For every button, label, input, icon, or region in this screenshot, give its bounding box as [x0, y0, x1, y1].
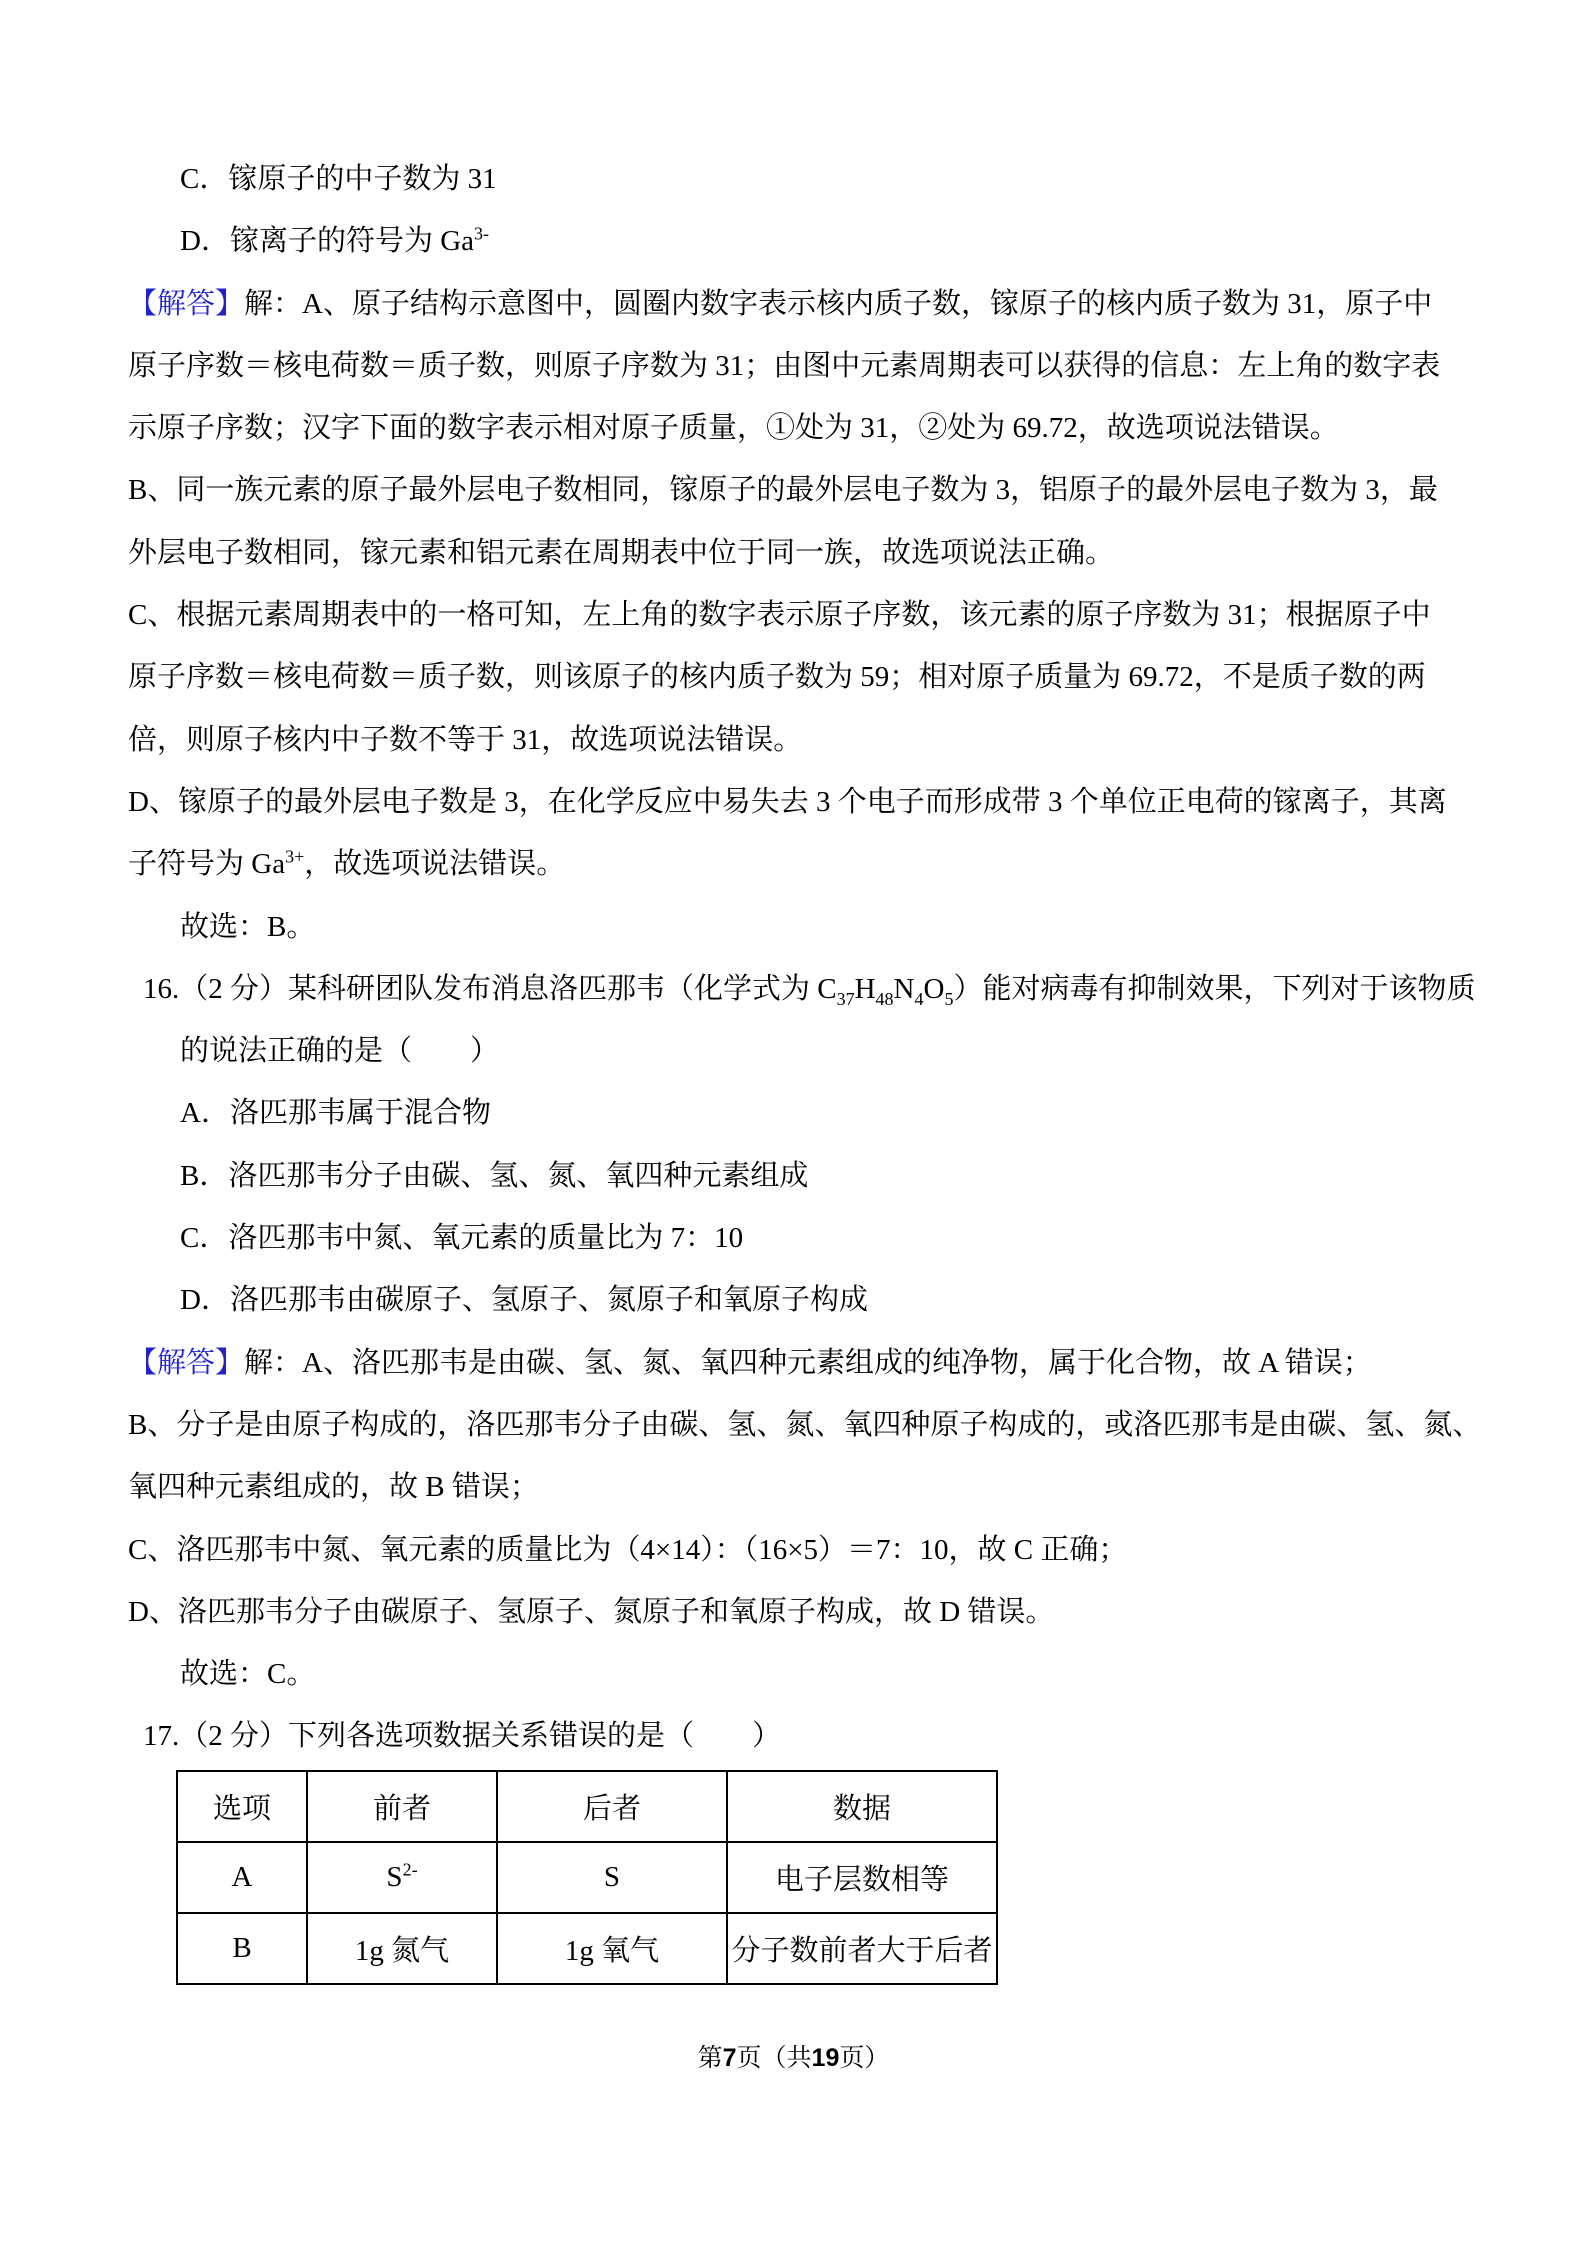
- q17-row-a-former: S2-: [307, 1842, 497, 1913]
- answer-label: 【解答】: [128, 1347, 244, 1379]
- subscript: 4: [915, 989, 924, 1009]
- q15-conclusion: 故选：B。: [128, 896, 1468, 958]
- q17-row-b-former: 1g 氮气: [307, 1913, 497, 1984]
- q16-option-d: D．洛匹那韦由碳原子、氢原子、氮原子和氧原子构成: [128, 1269, 1468, 1331]
- q15-answer-line-b1: B、同一族元素的原子最外层电子数相同，镓原子的最外层电子数为 3，铝原子的最外层…: [128, 459, 1468, 521]
- bold-text: 19: [812, 2044, 840, 2072]
- subscript: 5: [944, 989, 953, 1009]
- q15-answer-line-d1: D、镓原子的最外层电子数是 3，在化学反应中易失去 3 个电子而形成带 3 个单…: [128, 771, 1468, 833]
- q17-row-a-option: A: [177, 1842, 307, 1913]
- q16-option-c: C．洛匹那韦中氮、氧元素的质量比为 7：10: [128, 1207, 1468, 1269]
- q16-answer-line-c1: C、洛匹那韦中氮、氧元素的质量比为（4×14）：（16×5）＝7：10，故 C …: [128, 1519, 1468, 1581]
- subscript: 48: [876, 989, 894, 1009]
- q16-answer-line-a1: 【解答】解：A、洛匹那韦是由碳、氢、氮、氧四种元素组成的纯净物，属于化合物，故 …: [128, 1332, 1468, 1394]
- q16-stem-line-2: 的说法正确的是（ ）: [128, 1020, 1468, 1082]
- q17-table-header-data: 数据: [727, 1771, 997, 1842]
- q16-stem-line-1: 16.（2 分）某科研团队发布消息洛匹那韦（化学式为 C37H48N4O5）能对…: [128, 958, 1468, 1020]
- q15-answer-line-a1: 【解答】解：A、原子结构示意图中，圆圈内数字表示核内质子数，镓原子的核内质子数为…: [128, 273, 1468, 335]
- q15-answer-line-c2: 原子序数＝核电荷数＝质子数，则该原子的核内质子数为 59；相对原子质量为 69.…: [128, 646, 1468, 708]
- answer-label: 【解答】: [128, 288, 244, 320]
- q16-option-a: A．洛匹那韦属于混合物: [128, 1082, 1468, 1144]
- q16-option-b: B．洛匹那韦分子由碳、氢、氮、氧四种元素组成: [128, 1145, 1468, 1207]
- q17-row-a-data: 电子层数相等: [727, 1842, 997, 1913]
- q17-table-header-row: 选项 前者 后者 数据: [177, 1771, 997, 1842]
- q17-table-header-latter: 后者: [497, 1771, 727, 1842]
- q17-row-b-latter: 1g 氧气: [497, 1913, 727, 1984]
- q17-table-header-former: 前者: [307, 1771, 497, 1842]
- q17-stem: 17.（2 分）下列各选项数据关系错误的是（ ）: [128, 1705, 1468, 1767]
- q15-option-c: C．镓原子的中子数为 31: [128, 148, 1468, 210]
- superscript: 3+: [285, 847, 304, 867]
- q16-answer-line-b1: B、分子是由原子构成的，洛匹那韦分子由碳、氢、氮、氧四种原子构成的，或洛匹那韦是…: [128, 1394, 1468, 1456]
- q16-answer-line-b2: 氧四种元素组成的，故 B 错误；: [128, 1456, 1468, 1518]
- q15-answer-line-b2: 外层电子数相同，镓元素和铝元素在周期表中位于同一族，故选项说法正确。: [128, 522, 1468, 584]
- q15-answer-line-c1: C、根据元素周期表中的一格可知，左上角的数字表示原子序数，该元素的原子序数为 3…: [128, 584, 1468, 646]
- q16-answer-line-d1: D、洛匹那韦分子由碳原子、氢原子、氮原子和氧原子构成，故 D 错误。: [128, 1581, 1468, 1643]
- q17-table: 选项 前者 后者 数据 A S2- S 电子层数相等 B 1g 氮气 1g 氧气…: [176, 1770, 998, 1985]
- q17-row-a-latter: S: [497, 1842, 727, 1913]
- q15-answer-line-d2: 子符号为 Ga3+，故选项说法错误。: [128, 833, 1468, 895]
- text-flow: C．镓原子的中子数为 31 D．镓离子的符号为 Ga3- 【解答】解：A、原子结…: [128, 148, 1468, 1985]
- subscript: 37: [837, 989, 855, 1009]
- q15-answer-line-a2: 原子序数＝核电荷数＝质子数，则原子序数为 31；由图中元素周期表可以获得的信息：…: [128, 335, 1468, 397]
- bold-text: 7: [723, 2044, 737, 2072]
- superscript: 2-: [403, 1859, 418, 1879]
- document-page: C．镓原子的中子数为 31 D．镓离子的符号为 Ga3- 【解答】解：A、原子结…: [0, 0, 1587, 2245]
- q15-answer-line-c3: 倍，则原子核内中子数不等于 31，故选项说法错误。: [128, 709, 1468, 771]
- superscript: 3-: [474, 224, 489, 244]
- q17-table-header-option: 选项: [177, 1771, 307, 1842]
- q17-row-b-option: B: [177, 1913, 307, 1984]
- q15-answer-line-a3: 示原子序数；汉字下面的数字表示相对原子质量，①处为 31，②处为 69.72，故…: [128, 397, 1468, 459]
- q17-table-row-b: B 1g 氮气 1g 氧气 分子数前者大于后者: [177, 1913, 997, 1984]
- page-footer: 第7页（共19页）: [0, 2038, 1587, 2079]
- q16-conclusion: 故选：C。: [128, 1643, 1468, 1705]
- q15-option-d: D．镓离子的符号为 Ga3-: [128, 210, 1468, 272]
- q17-table-row-a: A S2- S 电子层数相等: [177, 1842, 997, 1913]
- q17-row-b-data: 分子数前者大于后者: [727, 1913, 997, 1984]
